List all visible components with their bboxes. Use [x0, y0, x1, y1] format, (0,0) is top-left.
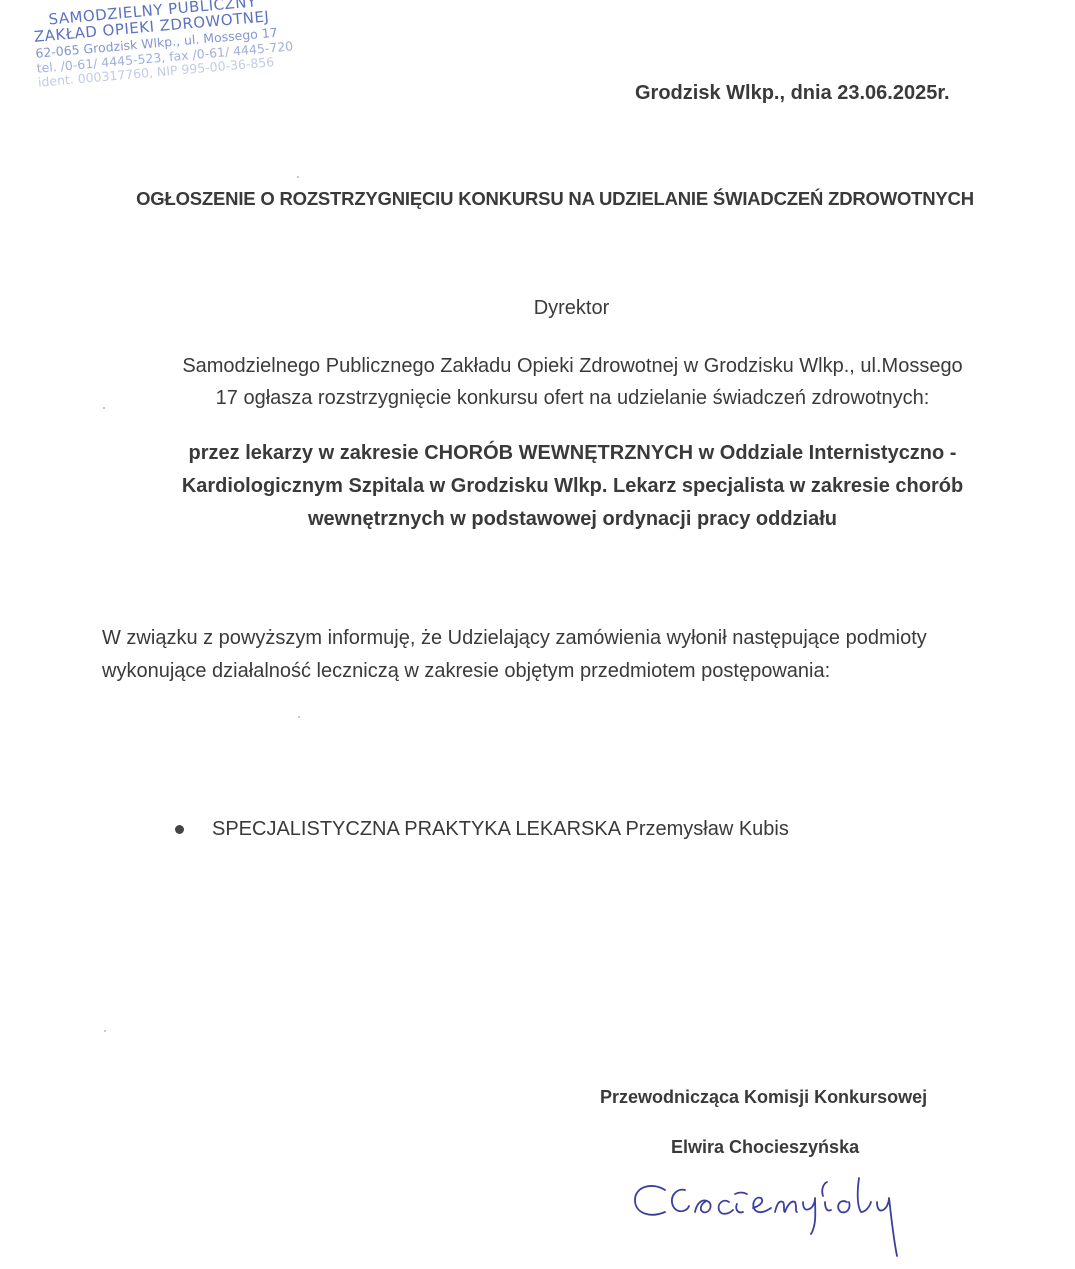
intro-line: 17 ogłasza rozstrzygnięcie konkursu ofer…: [100, 382, 1045, 414]
scan-speck: [297, 176, 299, 178]
signatory-role: Przewodnicząca Komisji Konkursowej: [600, 1087, 927, 1108]
intro-line: Samodzielnego Publicznego Zakładu Opieki…: [100, 350, 1045, 382]
document-title: OGŁOSZENIE O ROZSTRZYGNIĘCIU KONKURSU NA…: [0, 188, 1075, 210]
place-and-date: Grodzisk Wlkp., dnia 23.06.2025r.: [635, 82, 950, 105]
handwritten-signature: [625, 1168, 965, 1263]
entity-name: SPECJALISTYCZNA PRAKTYKA LEKARSKA Przemy…: [212, 818, 789, 841]
scan-speck: [104, 1030, 106, 1032]
selected-entities-list: SPECJALISTYCZNA PRAKTYKA LEKARSKA Przemy…: [175, 818, 789, 841]
intro-paragraph: Samodzielnego Publicznego Zakładu Opieki…: [100, 350, 1045, 414]
signatory-name: Elwira Chocieszyńska: [671, 1137, 859, 1158]
scope-line: przez lekarzy w zakresie CHORÓB WEWNĘTRZ…: [100, 437, 1045, 470]
scope-paragraph: przez lekarzy w zakresie CHORÓB WEWNĘTRZ…: [100, 437, 1045, 536]
scope-line: Kardiologicznym Szpitala w Grodzisku Wlk…: [100, 470, 1045, 503]
result-line: W związku z powyższym informuję, że Udzi…: [102, 622, 1032, 655]
result-paragraph: W związku z powyższym informuję, że Udzi…: [102, 622, 1032, 688]
scan-speck: [103, 407, 105, 409]
result-line: wykonujące działalność leczniczą w zakre…: [102, 655, 1032, 688]
institution-stamp: SAMODZIELNY PUBLICZNY ZAKŁAD OPIEKI ZDRO…: [32, 0, 327, 89]
addressee: Dyrektor: [0, 297, 1075, 320]
scope-line: wewnętrznych w podstawowej ordynacji pra…: [100, 503, 1045, 536]
scan-speck: [298, 716, 300, 718]
bullet-icon: [175, 825, 184, 834]
list-item: SPECJALISTYCZNA PRAKTYKA LEKARSKA Przemy…: [175, 818, 789, 841]
